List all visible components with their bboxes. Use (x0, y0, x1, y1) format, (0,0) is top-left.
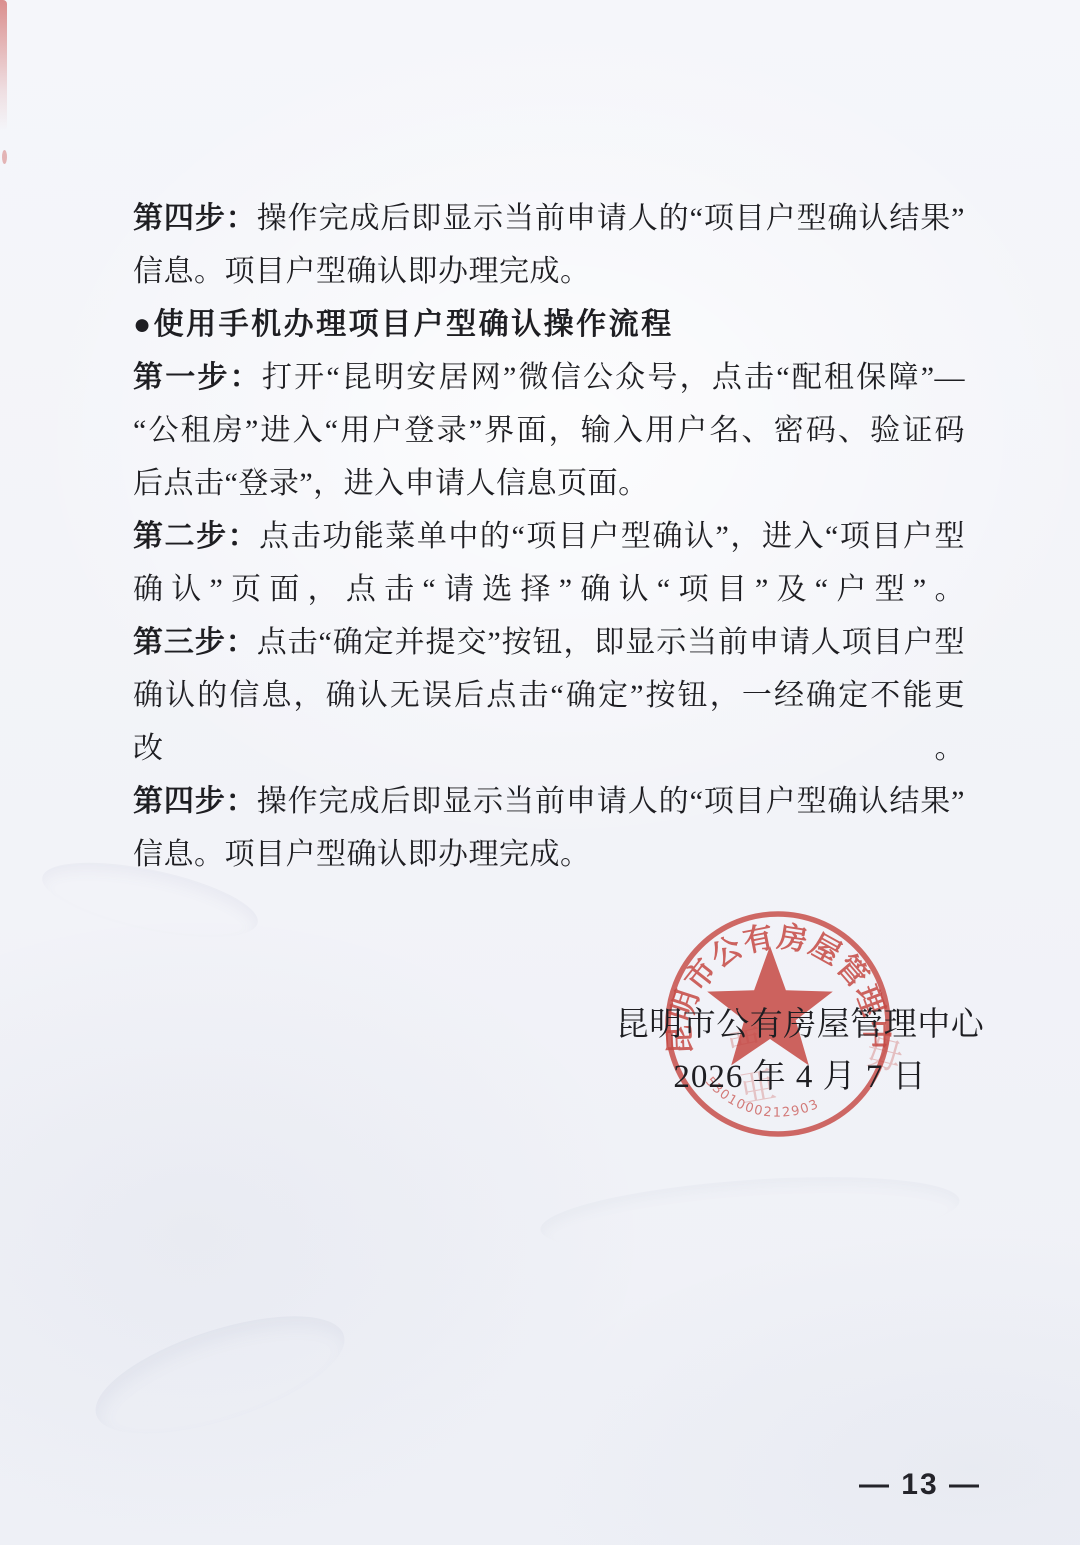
signature-org-name: 昆明市公有房屋管理中心 (600, 998, 1000, 1045)
step-text: 打开“昆明安居网”微信公众号，点击“配租保障”— (262, 361, 965, 394)
step-line: 第三步：点击“确定并提交”按钮，即显示当前申请人项目户型 (133, 616, 965, 669)
step-text: 确认”页面，点击“请选择”确认“项目”及“户型”。 (133, 573, 965, 606)
scan-edge-artifact (2, 150, 7, 164)
step-label: 第三步： (133, 626, 257, 659)
step-label: 第一步： (133, 361, 262, 394)
step-text: 点击功能菜单中的“项目户型确认”，进入“项目户型 (259, 520, 965, 553)
step-text: 点击“确定并提交”按钮，即显示当前申请人项目户型 (257, 626, 965, 659)
document-body: 第四步：操作完成后即显示当前申请人的“项目户型确认结果” 信息。项目户型确认即办… (133, 192, 965, 881)
step-text: “公租房”进入“用户登录”界面，输入用户名、密码、验证码 (133, 414, 965, 447)
step-text: 操作完成后即显示当前申请人的“项目户型确认结果” (257, 202, 965, 235)
step-line: 第二步：点击功能菜单中的“项目户型确认”，进入“项目户型 (133, 510, 965, 563)
step-text: 信息。项目户型确认即办理完成。 (133, 255, 591, 288)
step-line: 后点击“登录”，进入申请人信息页面。 (133, 457, 965, 510)
step-line: 第一步：打开“昆明安居网”微信公众号，点击“配租保障”— (133, 351, 965, 404)
signature-date: 2026 年 4 月 7 日 (620, 1050, 980, 1097)
step-label: 第四步： (133, 785, 257, 818)
step-line: 第四步：操作完成后即显示当前申请人的“项目户型确认结果” (133, 775, 965, 828)
step-line: 信息。项目户型确认即办理完成。 (133, 245, 965, 298)
step-line: “公租房”进入“用户登录”界面，输入用户名、密码、验证码 (133, 404, 965, 457)
step-text: 信息。项目户型确认即办理完成。 (133, 838, 591, 871)
scan-edge-artifact (0, 0, 7, 130)
step-label: 第四步： (133, 202, 257, 235)
heading-text: ●使用手机办理项目户型确认操作流程 (133, 308, 674, 341)
step-line: 确认的信息，确认无误后点击“确定”按钮，一经确定不能更改。 (133, 669, 965, 775)
step-line: 确认”页面，点击“请选择”确认“项目”及“户型”。 (133, 563, 965, 616)
paper-crease (82, 1292, 357, 1458)
step-text: 确认的信息，确认无误后点击“确定”按钮，一经确定不能更改。 (133, 679, 965, 765)
step-text: 操作完成后即显示当前申请人的“项目户型确认结果” (257, 785, 965, 818)
step-text: 后点击“登录”，进入申请人信息页面。 (133, 467, 649, 500)
step-line: 信息。项目户型确认即办理完成。 (133, 828, 965, 881)
page-number: — 13 — (820, 1468, 1020, 1502)
step-line: 第四步：操作完成后即显示当前申请人的“项目户型确认结果” (133, 192, 965, 245)
step-label: 第二步： (133, 520, 259, 553)
paper-crease (538, 1165, 962, 1264)
scanned-document-page: 第四步：操作完成后即显示当前申请人的“项目户型确认结果” 信息。项目户型确认即办… (0, 0, 1080, 1545)
section-heading: ●使用手机办理项目户型确认操作流程 (133, 298, 965, 351)
